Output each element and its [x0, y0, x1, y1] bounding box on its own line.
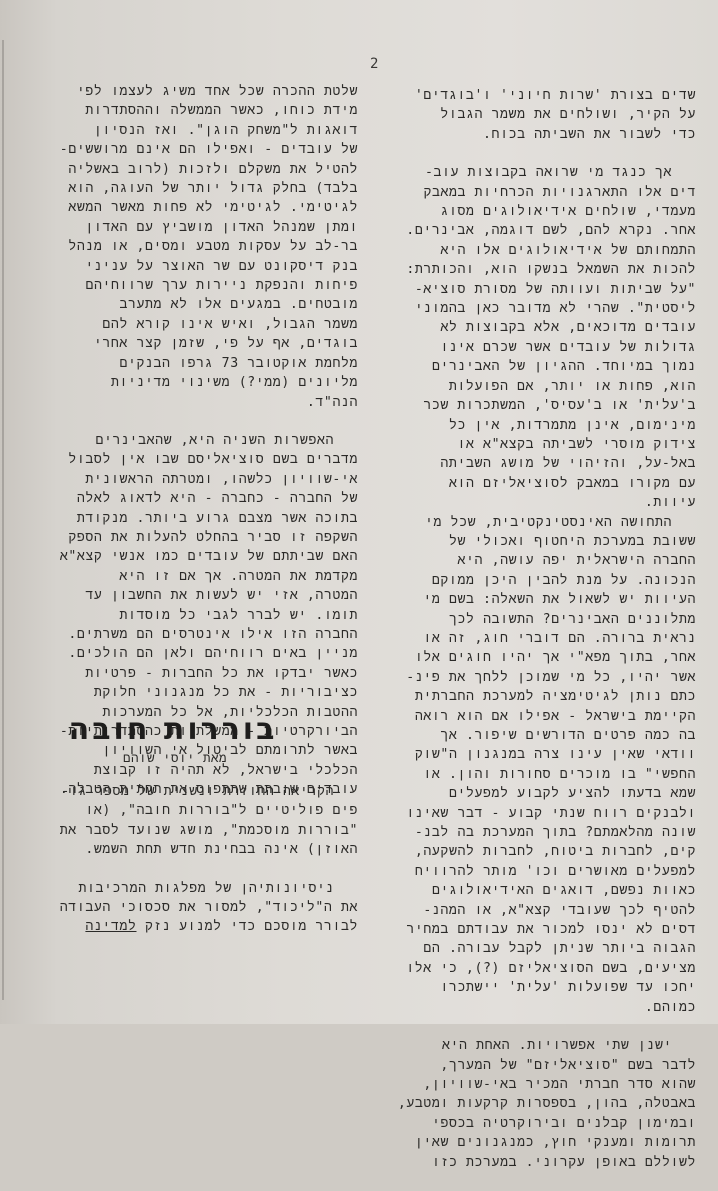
- text-line: כאוות נפשם, דואגים האידיאולוגים: [410, 881, 696, 900]
- text-line: על הקיר, ושולחים את משמר הגבול: [410, 105, 696, 124]
- article-body: הקריאה החוזרת ונשנית של מספר גו-פים פולי…: [62, 782, 358, 937]
- text-line: למפעלים מאושרים וכו' מותר להרוויח: [410, 862, 696, 881]
- right-column: שדים בצורת 'שרות חיוני' ו'בוגדים'על הקיר…: [410, 86, 696, 1024]
- text-line: בה כמה פרטים הדורשים שיפור. אך: [410, 726, 696, 745]
- right-paragraph-3: התחושה האינסטינקטיבית, שכל מיששובת במערכ…: [410, 513, 696, 1018]
- text-line: משמר הגבול, ואיש אינו קורא להם: [62, 315, 358, 334]
- text-line: קים, לחברות ביטוח, לחברות להשקעה,: [410, 842, 696, 861]
- text-line: את ה"ליכוד", למסור את סכסוכי העבודה: [62, 898, 358, 917]
- text-line: מינימום, אינן מתמרדות, אין כל: [410, 416, 696, 435]
- article-paragraph-2: ניסיונותיהן של מפלגות המרכיבותאת ה"ליכוד…: [62, 879, 358, 937]
- text-line: מתלוננים האבינרים? התשובה לכך: [410, 610, 696, 629]
- text-line: התמחותם של אידיאולוגים אלו היא: [410, 241, 696, 260]
- text-line: שלטת ההכרה שכל אחד משיג לעצמו לפי: [62, 82, 358, 101]
- text-line: באל-על, והזיהוי של מושג השביתה: [410, 454, 696, 473]
- text-line: תומו. יש לברר לגבי כל מוסדות: [62, 606, 358, 625]
- text-line: אך כנגד מי שרואה בקבוצות עוב-: [410, 163, 696, 182]
- article-headline: בוררות חובה: [60, 712, 286, 747]
- text-line: "על שביתות ועוותה של מסורת סוציא-: [410, 280, 696, 299]
- text-line: ליסטית". שהרי לא מדובר כאן בהמוני: [410, 299, 696, 318]
- text-line: נמוך במיוחד. ההגיון של האבינרים: [410, 357, 696, 376]
- text-line: של עובדים - ואפילו הם אינם מרוששים-: [62, 140, 358, 159]
- text-line: להכות את השמאל בנשקו הוא, והכותרת:: [410, 260, 696, 279]
- text-line: ולבנקים רווח שנתי קבוע - דבר שאינו: [410, 804, 696, 823]
- page-number: 2: [370, 56, 378, 72]
- text-line: בנק דיסקונט עם שר האוצר על עניני: [62, 257, 358, 276]
- text-line: עובדים מדוכאים, אלא בקבוצות לא: [410, 318, 696, 337]
- text-line: שמא בדעתו להציע לקבוע למפעלים: [410, 784, 696, 803]
- scanned-page: 2 שלטת ההכרה שכל אחד משיג לעצמו לפימידת …: [0, 0, 718, 1024]
- text-line: החפשי" בו מוכרים סחורות והון. או: [410, 765, 696, 784]
- text-line: "בוררות מוסכמת", מושג שנועד לסבר את: [62, 821, 358, 840]
- right-paragraph-1: שדים בצורת 'שרות חיוני' ו'בוגדים'על הקיר…: [410, 86, 696, 144]
- text-line: אחר, בתוך מפא"י אך יהיו חוגים אלו: [410, 648, 696, 667]
- text-line: ב'עלית' או ב'עסיס', המשתכרות שכר: [410, 396, 696, 415]
- text-line: מקדמת את המטרה. אך אם זו היא: [62, 567, 358, 586]
- text-line: הקיימת בישראל - אפילו אם הוא רואה: [410, 707, 696, 726]
- text-line: גדולות של עובדים אשר שכרם אינו: [410, 338, 696, 357]
- text-line: כאשר יבדקו את כל החברות - פרטיות: [62, 664, 358, 683]
- text-line: האוזן) אינה בבחינת חדש תחת השמש.: [62, 840, 358, 859]
- text-line: העיוות יש לשאול את השאלה: בשם מי: [410, 590, 696, 609]
- text-line: לגיטימי. לגיטימי לא פחות מאשר המשא: [62, 198, 358, 217]
- text-line: מעמדי, שולחים אידיאולוגים מסוג: [410, 202, 696, 221]
- text-line: החברה הזו אילו אינטרסים הם משרתים.: [62, 625, 358, 644]
- text-line: המטרה, אזי יש לעשות את החשבון עד: [62, 586, 358, 605]
- text-line: דים אלו התארגנויות הכרחיות במאבק: [410, 183, 696, 202]
- text-line: שדים בצורת 'שרות חיוני' ו'בוגדים': [410, 86, 696, 105]
- underlined-word: למדינה: [85, 919, 136, 934]
- text-line: פים פוליטיים ל"בוררות חובה", (או: [62, 801, 358, 820]
- text-line: של החברה - כחברה - היא לדאוג לאלה: [62, 489, 358, 508]
- text-line: השקפה זו סביר בהחלט להעלות את הספק: [62, 528, 358, 547]
- text-line: לבורר מוסכם כדי למנוע נזק למדינה: [62, 917, 358, 936]
- right-paragraph-2: אך כנגד מי שרואה בקבוצות עוב-דים אלו התא…: [410, 163, 696, 512]
- text-line: מדברים בשם סוציאליסם שבו אין לסבול: [62, 450, 358, 469]
- text-line: מליונים (ממי?) משינוי מדיניות: [62, 373, 358, 392]
- text-line: שונה מהלאמתם? בתוך המערכת בה לבנ-: [410, 823, 696, 842]
- text-line: מובטחים. במגעים אלו לא מתערב: [62, 295, 358, 314]
- text-line: אשר יהיו, כל מי שמוכן ללחך את פינ-: [410, 668, 696, 687]
- text-line: כציבוריות - את כל מנגנוני חלוקת: [62, 683, 358, 702]
- text-line: פיחות והנפקת ניירות ערך שרווחיהם: [62, 276, 358, 295]
- text-line: ששובת במערכת היחטוף ואכולי של: [410, 532, 696, 551]
- article-paragraph-1: הקריאה החוזרת ונשנית של מספר גו-פים פולי…: [62, 782, 358, 860]
- text-line: להטיף לכך שעובדי קצא"א, או המהנ-: [410, 901, 696, 920]
- text-line: הנה"ד.: [62, 393, 358, 412]
- left-paragraph-1: שלטת ההכרה שכל אחד משיג לעצמו לפימידת כו…: [62, 82, 358, 412]
- text-line: ניסיונותיהן של מפלגות המרכיבות: [62, 879, 358, 898]
- text-line: ומתן שמנהל האדון מושביץ עם האדון: [62, 218, 358, 237]
- text-line: להטיל את משקלם ולזכות (לרוב באשליה: [62, 160, 358, 179]
- text-line: אחר. נקרא להם, לשם דוגמה, אבינרים.: [410, 221, 696, 240]
- text-line: הקריאה החוזרת ונשנית של מספר גו-: [62, 782, 358, 801]
- text-line: בוגדים, אף על פי, שזמן קצר אחרי: [62, 334, 358, 353]
- text-line: מידת כוחו, כאשר הממשלה וההסתדרות: [62, 101, 358, 120]
- text-line: כמוהם.: [410, 998, 696, 1017]
- text-line: התחושה האינסטינקטיבית, שכל מי: [410, 513, 696, 532]
- text-line: עם מקורו במאבק לסוציאליזם הוא: [410, 474, 696, 493]
- text-line: כתם נותן לגיטימציה למערכת החברתית: [410, 687, 696, 706]
- text-line: אי-שוויון כלשהו, ומטרתה הראשונית: [62, 470, 358, 489]
- text-line: כדי לשבור את השביתה בכוח.: [410, 125, 696, 144]
- text-line: הוא, פחות או יותר, אם הפועלות: [410, 377, 696, 396]
- text-line: דואגות ל"משחק הוגן". ואז הנסיון: [62, 121, 358, 140]
- text-line: יחכו עד שפועלות 'עלית' יישתכרו: [410, 978, 696, 997]
- text-line: מניין באים רווחיהם ולאן הם הולכים.: [62, 644, 358, 663]
- left-column: שלטת ההכרה שכל אחד משיג לעצמו לפימידת כו…: [62, 82, 358, 819]
- text-line: וודאי שאין עינו צרה במנגנון ה"שוק: [410, 745, 696, 764]
- text-line: דסים לא ינסו למכור את עבודתם במחיר: [410, 920, 696, 939]
- article-byline: מאת יוסי שוהם: [110, 750, 240, 766]
- text-line: מציעים, בשם הסוציאליזם (?), כי אלו: [410, 959, 696, 978]
- text-line: עיוות.: [410, 493, 696, 512]
- text-line: בתוכה אשר מצבם גרוע ביותר. מנקודת: [62, 509, 358, 528]
- text-line: האפשרות השניה היא, שהאבינרים: [62, 431, 358, 450]
- text-line: בלבד) בחלק גדול יותר של העוגה, הוא: [62, 179, 358, 198]
- text-line: נראית ברורה. הם דוברי חוג, זה או: [410, 629, 696, 648]
- text-line: האם שביתתם של עובדים כמו אנשי קצא"א: [62, 547, 358, 566]
- text-line: הנכונה. על מנת להבין היכן ממוקם: [410, 571, 696, 590]
- text-line: הגבוה ביותר שניתן לקבל עבורה. הם: [410, 939, 696, 958]
- text-line: מלחמת אוקטובר 73 גרפו הבנקים: [62, 354, 358, 373]
- page-spine-shadow: [2, 40, 4, 1000]
- text-line: בר-לב על עסקות מטבע ומסים, או מנהל: [62, 237, 358, 256]
- text-line: החברה הישראלית יפה עושה, היא: [410, 551, 696, 570]
- text-line: צידוק מוסרי לשביתה בקצא"א או: [410, 435, 696, 454]
